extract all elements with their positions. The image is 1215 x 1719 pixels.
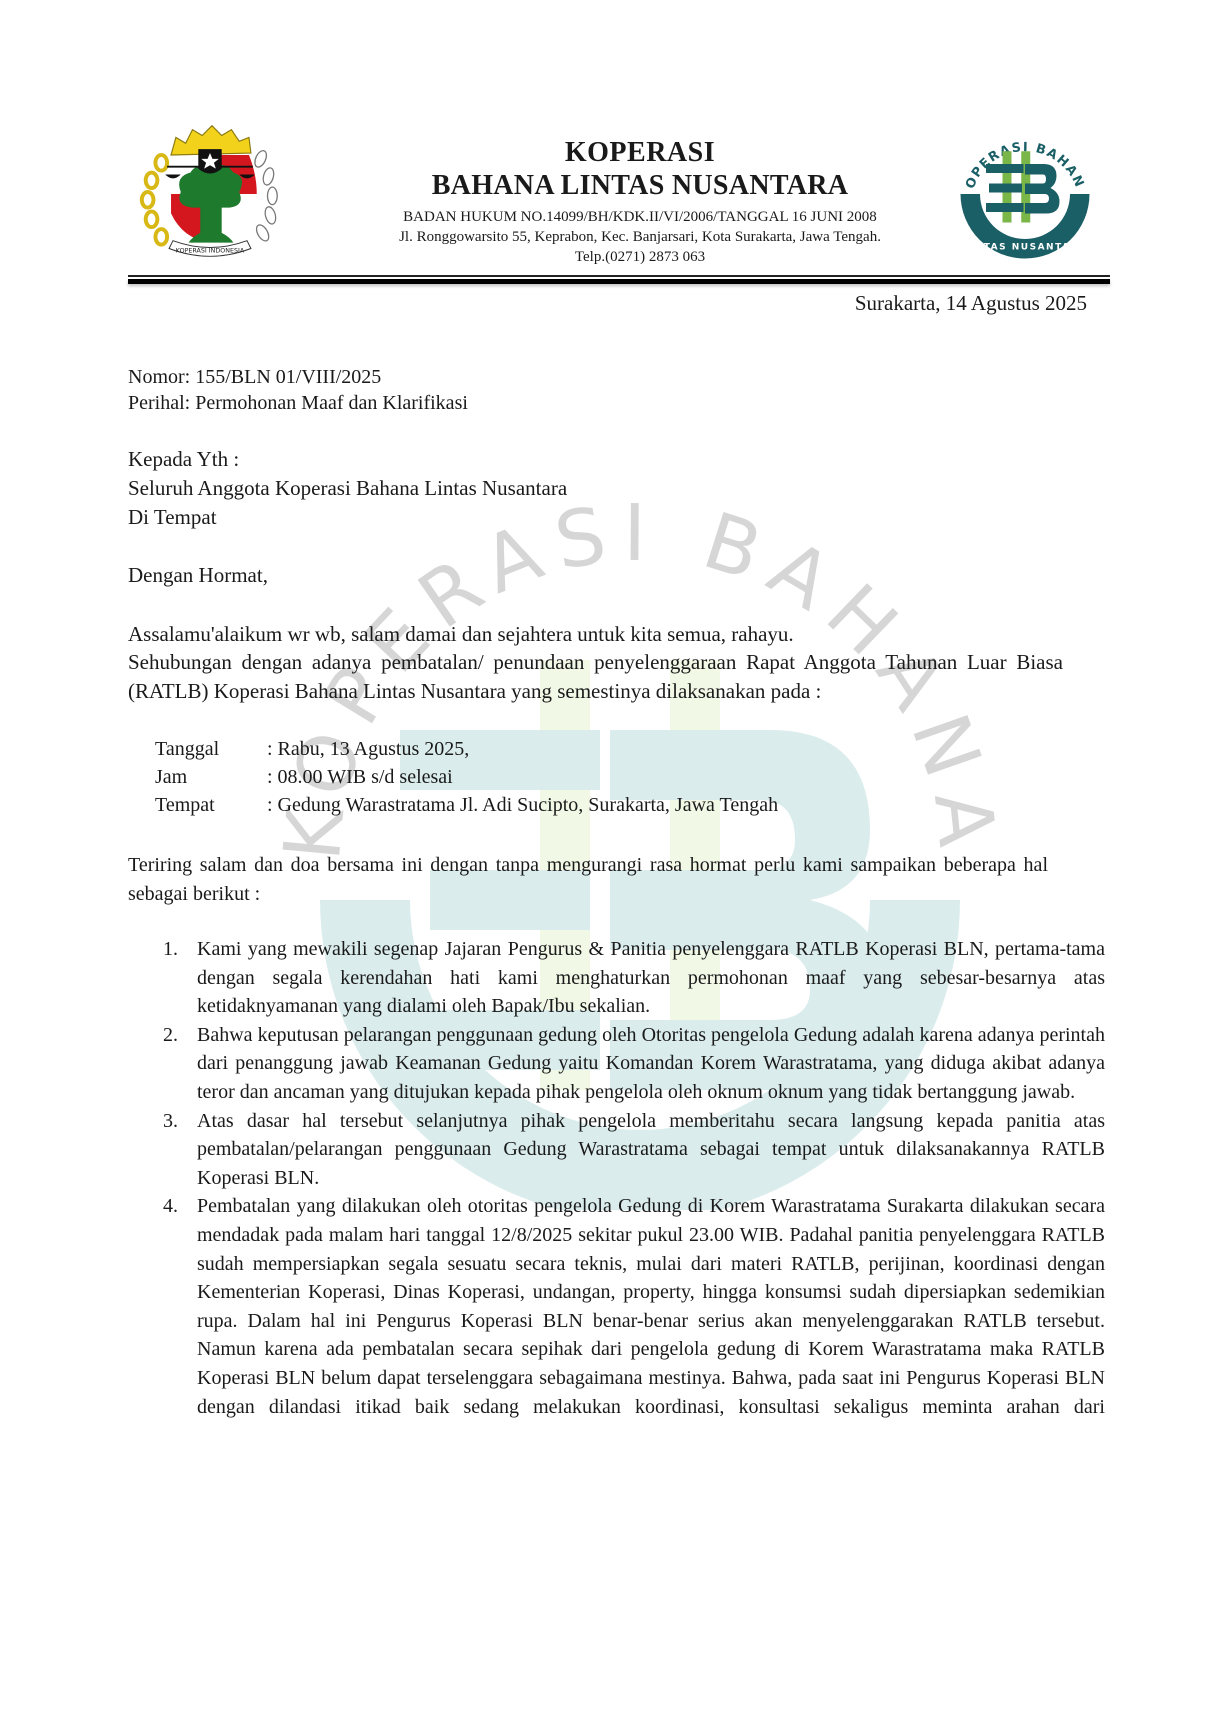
- letter-page: KOPERASI BAHANA: [0, 0, 1215, 1719]
- list-text: Pembatalan yang dilakukan oleh otoritas …: [197, 1195, 1105, 1417]
- list-item: 3. Atas dasar hal tersebut selanjutnya p…: [155, 1107, 1105, 1193]
- recipient-line-1: Kepada Yth :: [128, 445, 239, 473]
- letterhead-divider-thin: [128, 275, 1110, 277]
- list-number: 1.: [163, 935, 178, 964]
- detail-label: Tanggal: [155, 736, 267, 762]
- svg-text:KOPERASI BAHANA: KOPERASI BAHANA: [950, 110, 1087, 191]
- detail-label: Tempat: [155, 792, 267, 818]
- points-list: 1. Kami yang mewakili segenap Jajaran Pe…: [155, 935, 1105, 1421]
- letterhead-divider-thick: [128, 279, 1110, 284]
- koperasi-indonesia-emblem-icon: KOPERASI INDONESIA: [132, 116, 288, 268]
- list-item: 2. Bahwa keputusan pelarangan penggunaan…: [155, 1021, 1105, 1107]
- org-phone: Telp.(0271) 2873 063: [340, 249, 940, 266]
- points-intro: Teriring salam dan doa bersama ini denga…: [128, 851, 1048, 908]
- place-date: Surakarta, 14 Agustus 2025: [855, 290, 1087, 316]
- svg-text:LINTAS NUSANTARA: LINTAS NUSANTARA: [963, 243, 1088, 253]
- detail-row-time: Jam: 08.00 WIB s/d selesai: [155, 764, 453, 790]
- detail-row-date: Tanggal: Rabu, 13 Agustus 2025,: [155, 736, 469, 762]
- letter-number: Nomor: 155/BLN 01/VIII/2025: [128, 364, 381, 390]
- bln-cooperative-logo-icon: KOPERASI BAHANA LINTAS NUSANTARA: [950, 110, 1100, 260]
- org-name: BAHANA LINTAS NUSANTARA: [340, 170, 940, 202]
- org-legal-basis: BADAN HUKUM NO.14099/BH/KDK.II/VI/2006/T…: [340, 209, 940, 226]
- opening-paragraph: Sehubungan dengan adanya pembatalan/ pen…: [128, 648, 1063, 706]
- list-number: 2.: [163, 1021, 178, 1050]
- recipient-line-2: Seluruh Anggota Koperasi Bahana Lintas N…: [128, 474, 567, 502]
- detail-row-venue: Tempat: Gedung Warastratama Jl. Adi Suci…: [155, 792, 778, 818]
- list-number: 3.: [163, 1107, 178, 1136]
- detail-label: Jam: [155, 764, 267, 790]
- recipient-line-3: Di Tempat: [128, 503, 217, 531]
- salutation: Dengan Hormat,: [128, 561, 268, 589]
- letter-subject: Perihal: Permohonan Maaf dan Klarifikasi: [128, 390, 468, 416]
- detail-value: : Gedung Warastratama Jl. Adi Sucipto, S…: [267, 794, 778, 816]
- list-text: Atas dasar hal tersebut selanjutnya piha…: [197, 1110, 1105, 1189]
- org-address: Jl. Ronggowarsito 55, Keprabon, Kec. Ban…: [340, 229, 940, 246]
- svg-text:KOPERASI INDONESIA: KOPERASI INDONESIA: [176, 247, 245, 254]
- list-item: 4. Pembatalan yang dilakukan oleh otorit…: [155, 1192, 1105, 1421]
- list-item: 1. Kami yang mewakili segenap Jajaran Pe…: [155, 935, 1105, 1021]
- org-type: KOPERASI: [360, 137, 920, 169]
- greeting: Assalamu'alaikum wr wb, salam damai dan …: [128, 620, 794, 648]
- list-number: 4.: [163, 1192, 178, 1221]
- list-text: Kami yang mewakili segenap Jajaran Pengu…: [197, 938, 1105, 1017]
- detail-value: : Rabu, 13 Agustus 2025,: [267, 738, 469, 760]
- detail-value: : 08.00 WIB s/d selesai: [267, 766, 453, 788]
- list-text: Bahwa keputusan pelarangan penggunaan ge…: [197, 1024, 1105, 1103]
